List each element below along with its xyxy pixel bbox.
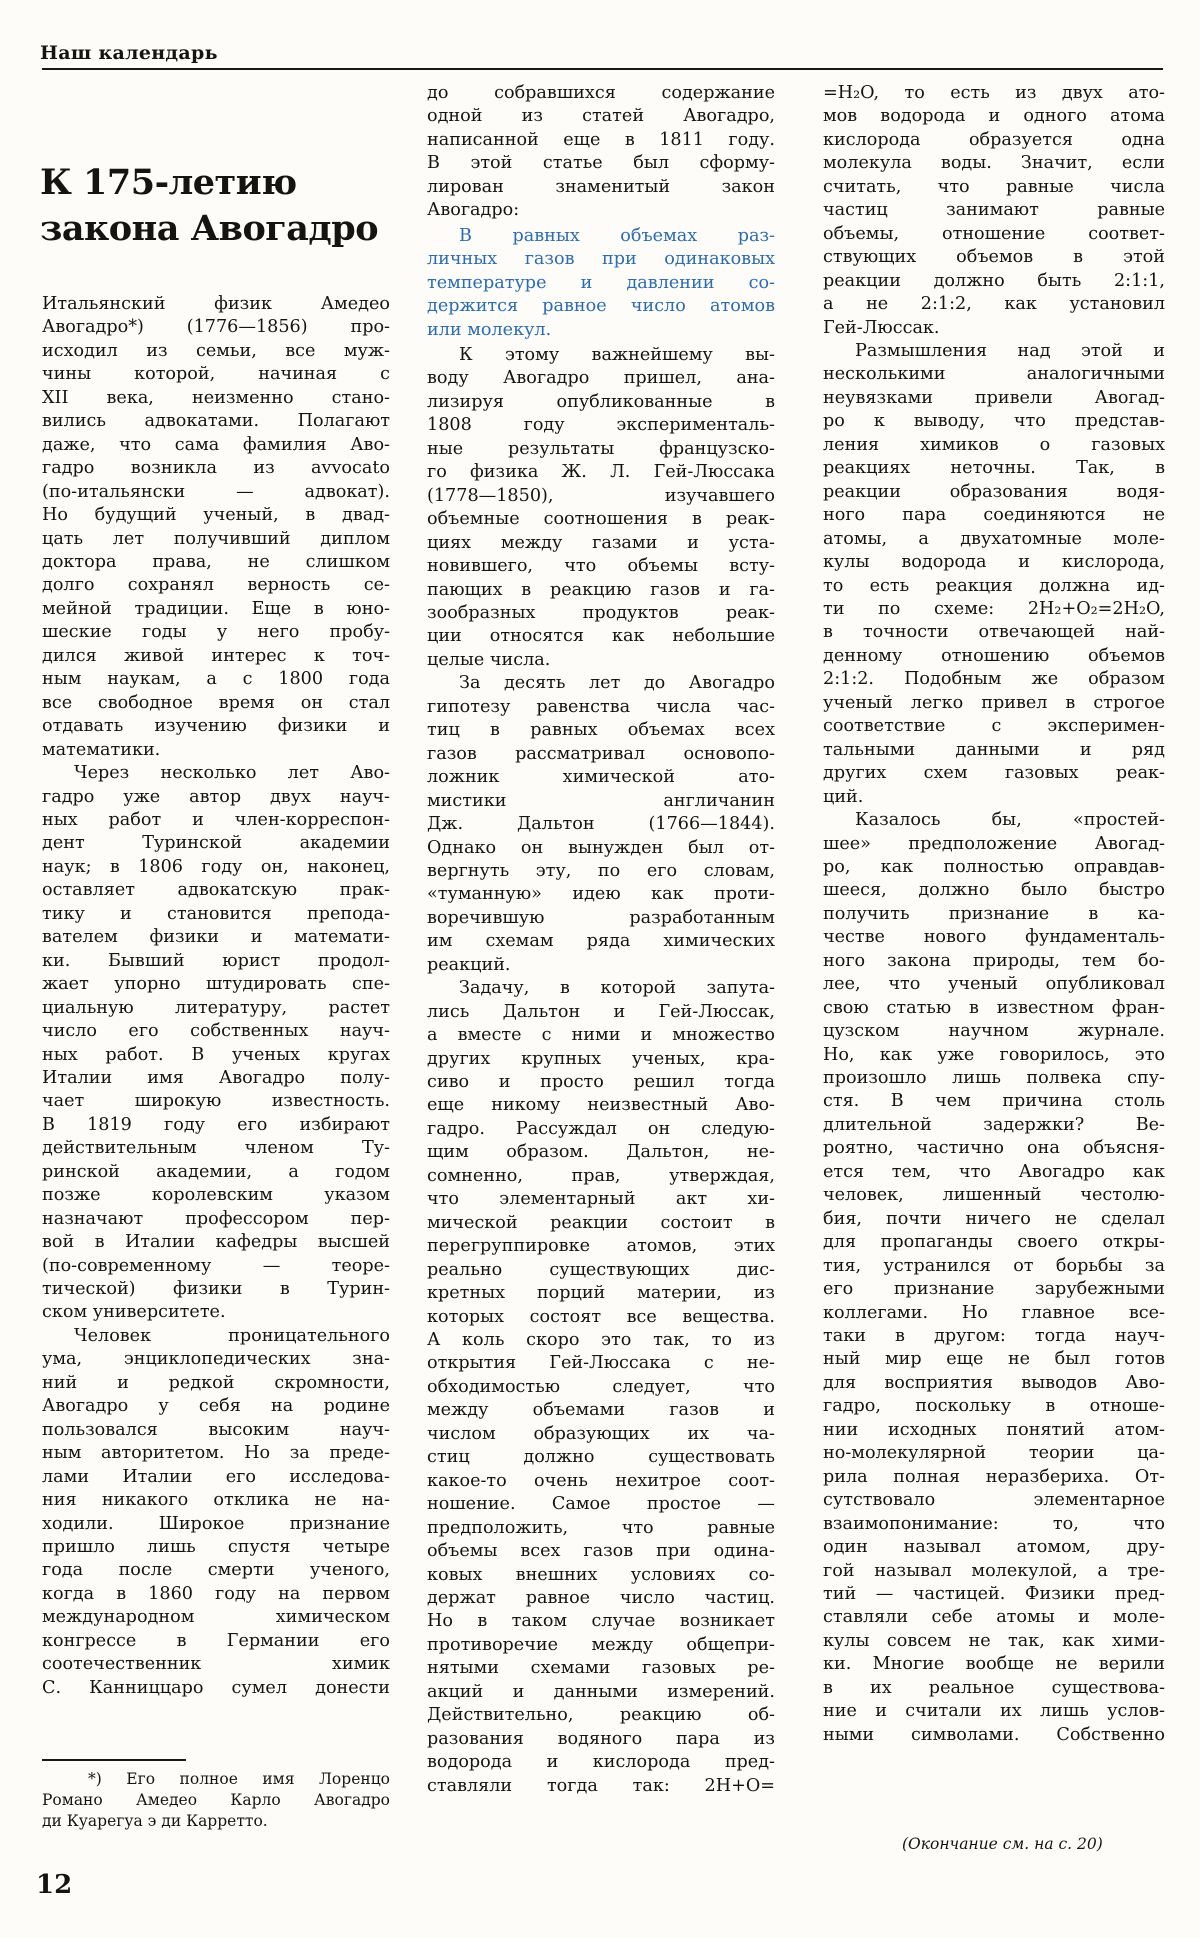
- text-line: ции относятся как небольшие: [427, 625, 775, 648]
- text-line: написанной еще в 1811 году.: [427, 129, 775, 152]
- text-line: газов рассматривал основопо-: [427, 743, 775, 766]
- text-line: все свободное время он стал: [42, 692, 390, 715]
- continuation-note: (Окончание см. на с. 20): [902, 1835, 1103, 1853]
- text-line: получить признание в ка-: [823, 903, 1165, 926]
- text-line: числом образующих их ча-: [427, 1423, 775, 1446]
- footnote: *) Его полное имя ЛоренцоРомано Амедео К…: [42, 1769, 390, 1832]
- text-line: (по-итальянски — адвокат).: [42, 481, 390, 504]
- text-line: вателем физики и математи-: [42, 926, 390, 949]
- text-line: Авогадро*) (1776—1856) про-: [42, 316, 390, 339]
- text-line: несколькими аналогичными: [823, 363, 1165, 386]
- text-line: перегруппировке атомов, этих: [427, 1235, 775, 1258]
- text-line: исходил из семьи, все муж-: [42, 340, 390, 363]
- text-line: ринской академии, а годом: [42, 1161, 390, 1184]
- text-line: XII века, неизменно стано-: [42, 387, 390, 410]
- text-line: ного закона природы, тем бо-: [823, 950, 1165, 973]
- text-line: когда в 1860 году на первом: [42, 1583, 390, 1606]
- text-line: вой в Италии кафедры высшей: [42, 1231, 390, 1254]
- text-line: новившего, что объемы всту-: [427, 555, 775, 578]
- text-line: долго сохранял верность се-: [42, 574, 390, 597]
- text-line: предположить, что равные: [427, 1517, 775, 1540]
- text-line: разования водяного пара из: [427, 1728, 775, 1751]
- text-line: которых состоят все вещества.: [427, 1306, 775, 1329]
- text-line: соответствие с эксперимен-: [823, 715, 1165, 738]
- text-line: кулы совсем не так, как хими-: [823, 1630, 1165, 1653]
- text-line: 1808 году эксперименталь-: [427, 414, 775, 437]
- text-line: для пропаганды своего откры-: [823, 1231, 1165, 1254]
- text-line: чает широкую известность.: [42, 1090, 390, 1113]
- text-line: ношение. Самое простое —: [427, 1493, 775, 1516]
- text-line: С. Канниццаро сумел донести: [42, 1677, 390, 1700]
- text-line: соотечественник химик: [42, 1653, 390, 1676]
- text-line: В 1819 году его избирают: [42, 1114, 390, 1137]
- text-line: сутствовало элементарное: [823, 1489, 1165, 1512]
- text-line: воду Авогадро пришел, ана-: [427, 367, 775, 390]
- text-line: для восприятия выводов Аво-: [823, 1372, 1165, 1395]
- text-line: гой называл молекулой, а тре-: [823, 1560, 1165, 1583]
- text-line: Однако он вынужден был от-: [427, 837, 775, 860]
- text-line: тальными данными и ряд: [823, 739, 1165, 762]
- text-line: доктора права, не слишком: [42, 551, 390, 574]
- text-line: щим образом. Дальтон, не-: [427, 1141, 775, 1164]
- text-line: лись Дальтон и Гей-Люссак,: [427, 1001, 775, 1024]
- text-line: держат равное число частиц.: [427, 1587, 775, 1610]
- text-line: Но в таком случае возникает: [427, 1610, 775, 1633]
- text-line: дился живой интерес к точ-: [42, 645, 390, 668]
- text-line: года после смерти ученого,: [42, 1559, 390, 1582]
- text-line: реакции должно быть 2:1:1,: [823, 270, 1165, 293]
- text-line: (1778—1850), изучавшего: [427, 485, 775, 508]
- article-column-2: до собравшихся содержаниеодной из статей…: [427, 82, 775, 1798]
- text-line: нятыми схемами газовых ре-: [427, 1657, 775, 1680]
- text-line: (по-современному — теоре-: [42, 1255, 390, 1278]
- text-line: Но будущий ученый, в двад-: [42, 504, 390, 527]
- text-line: ставляли себе атомы и моле-: [823, 1606, 1165, 1629]
- text-line: шеские годы у него пробу-: [42, 621, 390, 644]
- footnote-line: Романо Амедео Карло Авогадро: [42, 1790, 390, 1811]
- text-line: гадро возникла из avvocato: [42, 457, 390, 480]
- text-line: ного пара соединяются не: [823, 504, 1165, 527]
- text-line: то есть реакция должна ид-: [823, 575, 1165, 598]
- text-line: Дж. Дальтон (1766—1844).: [427, 813, 775, 836]
- text-line: кулы водорода и кислорода,: [823, 551, 1165, 574]
- text-line: водорода и кислорода пред-: [427, 1751, 775, 1774]
- footnote-line: *) Его полное имя Лоренцо: [42, 1769, 390, 1790]
- text-line: противоречие между общепри-: [427, 1634, 775, 1657]
- text-line: сиво и просто решил тогда: [427, 1071, 775, 1094]
- text-line: им схемам ряда химических: [427, 930, 775, 953]
- text-line: воречившую разработанным: [427, 907, 775, 930]
- text-line: международном химическом: [42, 1606, 390, 1629]
- text-line: ным наукам, а с 1800 года: [42, 668, 390, 691]
- text-line: кислорода образуется одна: [823, 129, 1165, 152]
- text-line: ки. Бывший юрист продол-: [42, 950, 390, 973]
- text-line: циальную литературу, растет: [42, 997, 390, 1020]
- text-line: дент Туринской академии: [42, 832, 390, 855]
- text-line: жает упорно штудировать спе-: [42, 973, 390, 996]
- text-line: объемы, отношение соответ-: [823, 223, 1165, 246]
- text-line: ти по схеме: 2H₂+O₂=2H₂O,: [823, 598, 1165, 621]
- text-line: Действительно, реакцию об-: [427, 1704, 775, 1727]
- text-line: Итальянский физик Амедео: [42, 293, 390, 316]
- text-line: ходили. Широкое признание: [42, 1513, 390, 1536]
- text-line: ется тем, что Авогадро как: [823, 1161, 1165, 1184]
- text-line: 2:1:2. Подобным же образом: [823, 668, 1165, 691]
- text-line: других крупных ученых, кра-: [427, 1048, 775, 1071]
- footnote-line: ди Куарегуа э ди Карретто.: [42, 1811, 390, 1832]
- text-line: один называл атомом, дру-: [823, 1536, 1165, 1559]
- text-line: мейной традиции. Еще в юно-: [42, 598, 390, 621]
- text-line: ные результаты французско-: [427, 438, 775, 461]
- text-line: атомы, а двухатомные моле-: [823, 528, 1165, 551]
- text-line: =H₂O, то есть из двух ато-: [823, 82, 1165, 105]
- text-line: ки. Многие вообще не верили: [823, 1653, 1165, 1676]
- text-line: но-молекулярной теории ца-: [823, 1442, 1165, 1465]
- text-line: лирован знаменитый закон: [427, 176, 775, 199]
- text-line: еще никому неизвестный Аво-: [427, 1094, 775, 1117]
- text-line: конгрессе в Германии его: [42, 1630, 390, 1653]
- text-line: зообразных продуктов реак-: [427, 602, 775, 625]
- text-line: гипотезу равенства числа час-: [427, 696, 775, 719]
- text-line: Через несколько лет Аво-: [42, 762, 390, 785]
- text-line: лизируя опубликованные в: [427, 391, 775, 414]
- text-line: ском университете.: [42, 1301, 390, 1324]
- text-line: целые числа.: [427, 649, 775, 672]
- text-line: Авогадро:: [427, 199, 775, 222]
- text-line: реально существующих дис-: [427, 1259, 775, 1282]
- text-line: коллегами. Но главное все-: [823, 1302, 1165, 1325]
- text-line: ложник химической ато-: [427, 766, 775, 789]
- text-line: кретных порций материи, из: [427, 1282, 775, 1305]
- text-line: таки в другом: тогда науч-: [823, 1325, 1165, 1348]
- text-line: ученый легко привел в строгое: [823, 692, 1165, 715]
- text-line: частиц занимают равные: [823, 199, 1165, 222]
- text-line: мистики англичанин: [427, 790, 775, 813]
- text-line: К этому важнейшему вы-: [427, 344, 775, 367]
- text-line: гадро уже автор двух науч-: [42, 786, 390, 809]
- text-line: Гей-Люссак.: [823, 317, 1165, 340]
- text-line: реакции образования водя-: [823, 481, 1165, 504]
- text-line: обходимостью следует, что: [427, 1376, 775, 1399]
- text-line: тику и становится препода-: [42, 903, 390, 926]
- text-line: циях между газами и уста-: [427, 532, 775, 555]
- text-line: ных работ и член-корреспон-: [42, 809, 390, 832]
- text-line: цать лет получивший диплом: [42, 528, 390, 551]
- text-line: ро к выводу, что представ-: [823, 410, 1165, 433]
- text-line: ставляли тогда так: 2H+O=: [427, 1775, 775, 1798]
- text-line: А коль скоро это так, то из: [427, 1329, 775, 1352]
- footnote-rule: [42, 1759, 186, 1761]
- text-line: ным авторитетом. Но за преде-: [42, 1442, 390, 1465]
- text-line: Но, как уже говорилось, это: [823, 1044, 1165, 1067]
- text-line: свою статью в известном фран-: [823, 997, 1165, 1020]
- text-line: ными символами. Собственно: [823, 1724, 1165, 1747]
- text-line: взаимопонимание: то, что: [823, 1513, 1165, 1536]
- text-line: до собравшихся содержание: [427, 82, 775, 105]
- title-line-2: закона Авогадро: [40, 208, 378, 249]
- text-line: сомненно, прав, утверждая,: [427, 1165, 775, 1188]
- text-line: цузском научном журнале.: [823, 1020, 1165, 1043]
- text-line: других схем газовых реак-: [823, 762, 1165, 785]
- text-line: ума, энциклопедических зна-: [42, 1348, 390, 1371]
- text-line: реакций.: [427, 954, 775, 977]
- text-line: ций.: [823, 786, 1165, 809]
- article-title: К 175-летию закона Авогадро: [40, 160, 378, 252]
- text-line: гадро, поскольку в отноше-: [823, 1395, 1165, 1418]
- text-line: наук; в 1806 году он, наконец,: [42, 856, 390, 879]
- text-line: а вместе с ними и множество: [427, 1024, 775, 1047]
- text-line: температуре и давлении со-: [427, 272, 775, 295]
- text-line: неувязками привели Авогад-: [823, 387, 1165, 410]
- text-line: число его собственных науч-: [42, 1020, 390, 1043]
- text-line: ний и редкой скромности,: [42, 1372, 390, 1395]
- text-line: ления химиков о газовых: [823, 434, 1165, 457]
- text-line: мической реакции состоит в: [427, 1212, 775, 1235]
- text-line: В равных объемах раз-: [427, 225, 775, 248]
- text-line: Задачу, в которой запута-: [427, 977, 775, 1000]
- text-line: в их реальное существова-: [823, 1677, 1165, 1700]
- text-line: объемные соотношения в реак-: [427, 508, 775, 531]
- text-line: вергнуть эту, по его словам,: [427, 860, 775, 883]
- text-line: нии исходных понятий атом-: [823, 1419, 1165, 1442]
- text-line: даже, что сама фамилия Аво-: [42, 434, 390, 457]
- text-line: оставляет адвокатскую прак-: [42, 879, 390, 902]
- text-line: объемы всех газов при одина-: [427, 1540, 775, 1563]
- text-line: что элементарный акт хи-: [427, 1188, 775, 1211]
- text-line: Человек проницательного: [42, 1325, 390, 1348]
- text-line: назначают профессором пер-: [42, 1208, 390, 1231]
- text-line: «туманную» идею как проти-: [427, 883, 775, 906]
- text-line: ных работ. В ученых кругах: [42, 1044, 390, 1067]
- header-rule: [42, 68, 1163, 70]
- text-line: отдавать изучению физики и: [42, 715, 390, 738]
- text-line: реакциях неточны. Так, в: [823, 457, 1165, 480]
- text-line: лее, что ученый опубликовал: [823, 973, 1165, 996]
- text-line: чины которой, начиная с: [42, 363, 390, 386]
- text-line: действительным членом Ту-: [42, 1137, 390, 1160]
- text-line: или молекул.: [427, 319, 775, 342]
- text-line: бия, почти ничего не сделал: [823, 1208, 1165, 1231]
- text-line: ковых внешних условиях со-: [427, 1564, 775, 1587]
- text-line: стя. В чем причина столь: [823, 1090, 1165, 1113]
- text-line: тия, устранился от борьбы за: [823, 1255, 1165, 1278]
- text-line: молекула воды. Значит, если: [823, 152, 1165, 175]
- text-line: вились адвокатами. Полагают: [42, 410, 390, 433]
- text-line: тической) физики в Турин-: [42, 1278, 390, 1301]
- text-line: между объемами газов и: [427, 1399, 775, 1422]
- text-line: тий — частицей. Физики пред-: [823, 1583, 1165, 1606]
- text-line: ро, как полностью оправдав-: [823, 856, 1165, 879]
- text-line: позже королевским указом: [42, 1184, 390, 1207]
- text-line: За десять лет до Авогадро: [427, 672, 775, 695]
- text-line: в точности отвечающей най-: [823, 621, 1165, 644]
- text-line: роятно, частично она объясня-: [823, 1137, 1165, 1160]
- title-line-1: К 175-летию: [40, 162, 297, 203]
- text-line: человек, лишенный честолю-: [823, 1184, 1165, 1207]
- text-line: длительной задержки? Ве-: [823, 1114, 1165, 1137]
- text-line: математики.: [42, 739, 390, 762]
- text-line: го физика Ж. Л. Гей-Люссака: [427, 461, 775, 484]
- text-line: считать, что равные числа: [823, 176, 1165, 199]
- text-line: акций и данными измерений.: [427, 1681, 775, 1704]
- text-line: шее» предположение Авогад-: [823, 833, 1165, 856]
- article-column-1: Итальянский физик АмедеоАвогадро*) (1776…: [42, 293, 390, 1700]
- text-line: открытия Гей-Люссака с не-: [427, 1352, 775, 1375]
- text-line: ние и считали их лишь услов-: [823, 1700, 1165, 1723]
- text-line: какое-то очень нехитрое соот-: [427, 1470, 775, 1493]
- text-line: шееся, должно было быстро: [823, 879, 1165, 902]
- text-line: Италии имя Авогадро полу-: [42, 1067, 390, 1090]
- text-line: а не 2:1:2, как установил: [823, 293, 1165, 316]
- text-line: мов водорода и одного атома: [823, 105, 1165, 128]
- text-line: лами Италии его исследова-: [42, 1466, 390, 1489]
- text-line: его признание зарубежными: [823, 1278, 1165, 1301]
- text-line: честве нового фундаменталь-: [823, 926, 1165, 949]
- section-rubric: Наш календарь: [40, 42, 218, 64]
- text-line: пользовался высоким науч-: [42, 1419, 390, 1442]
- article-column-3: =H₂O, то есть из двух ато-мов водорода и…: [823, 82, 1165, 1747]
- text-line: Размышления над этой и: [823, 340, 1165, 363]
- text-line: ствующих объемов в этой: [823, 246, 1165, 269]
- text-line: рила полная неразбериха. От-: [823, 1466, 1165, 1489]
- avogadro-law-statement: В равных объемах раз-личных газов при од…: [427, 225, 775, 342]
- text-line: пришло лишь спустя четыре: [42, 1536, 390, 1559]
- text-line: В этой статье был сформу-: [427, 152, 775, 175]
- text-line: денному отношению объемов: [823, 645, 1165, 668]
- text-line: ный мир еще не был готов: [823, 1348, 1165, 1371]
- text-line: держится равное число атомов: [427, 295, 775, 318]
- text-line: одной из статей Авогадро,: [427, 105, 775, 128]
- text-line: гадро. Рассуждал он следую-: [427, 1118, 775, 1141]
- text-line: произошло лишь полвека спу-: [823, 1067, 1165, 1090]
- text-line: тиц в равных объемах всех: [427, 719, 775, 742]
- text-line: ния никакого отклика не на-: [42, 1489, 390, 1512]
- text-line: стиц должно существовать: [427, 1446, 775, 1469]
- text-line: личных газов при одинаковых: [427, 248, 775, 271]
- page-number: 12: [36, 1870, 72, 1900]
- text-line: Казалось бы, «простей-: [823, 809, 1165, 832]
- text-line: пающих в реакцию газов и га-: [427, 579, 775, 602]
- text-line: Авогадро у себя на родине: [42, 1395, 390, 1418]
